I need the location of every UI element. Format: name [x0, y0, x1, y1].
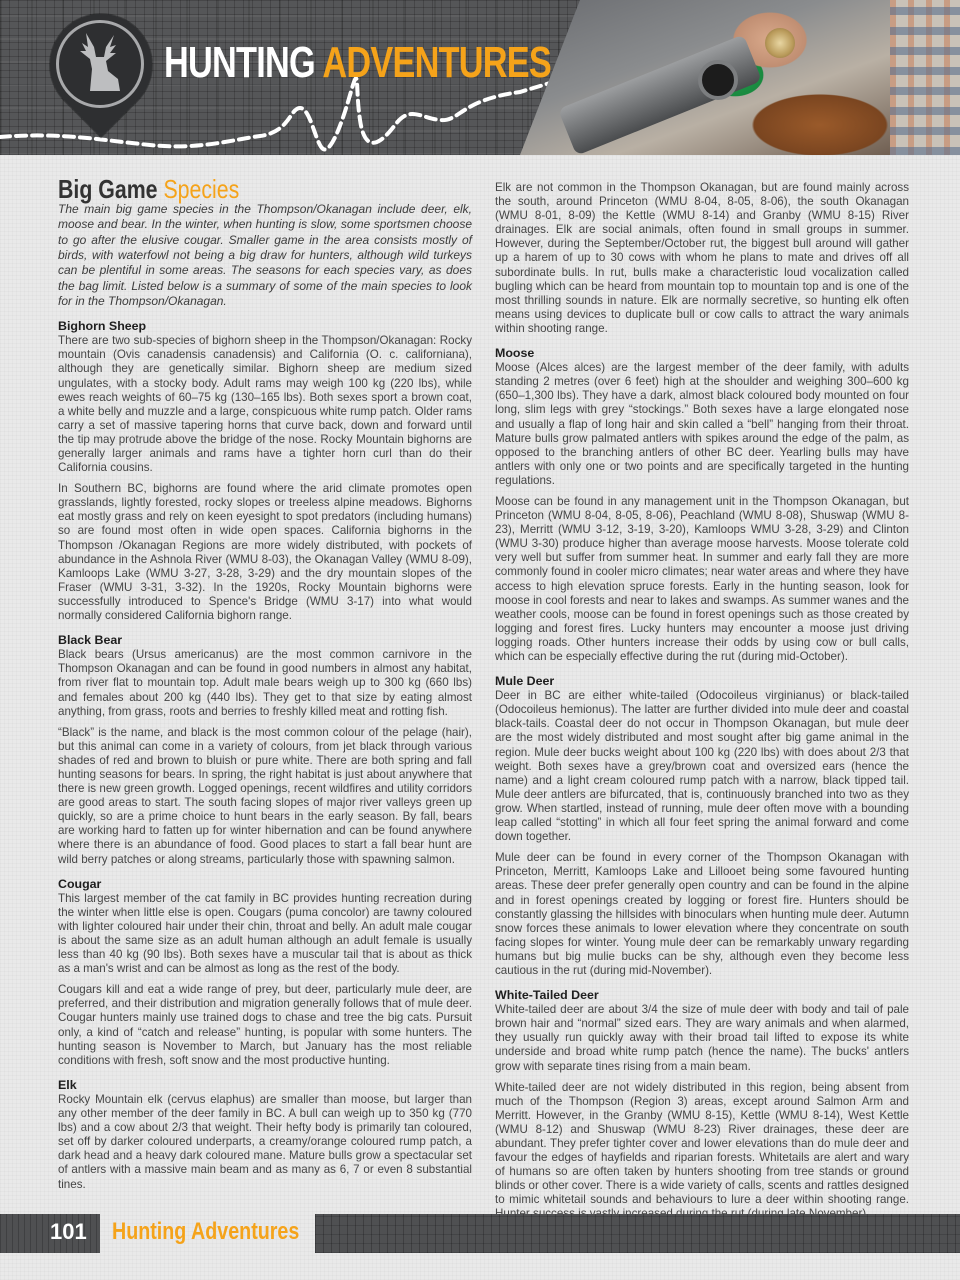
- paragraph: Moose (Alces alces) are the largest memb…: [495, 361, 909, 488]
- heading-bighorn-sheep: Bighorn Sheep: [58, 319, 472, 333]
- heading-mule-deer: Mule Deer: [495, 674, 909, 688]
- title-word-adventures: ADVENTURES: [322, 38, 551, 87]
- page-title: Big Game Species: [58, 182, 397, 196]
- heading-white-tailed-deer: White-Tailed Deer: [495, 988, 909, 1002]
- paragraph: There are two sub-species of bighorn she…: [58, 334, 472, 475]
- paragraph: Mule deer can be found in every corner o…: [495, 851, 909, 978]
- heading-black-bear: Black Bear: [58, 633, 472, 647]
- shotgun-loading-photo: [520, 0, 960, 155]
- paragraph: Moose can be found in any management uni…: [495, 495, 909, 664]
- title-word-hunting: HUNTING: [164, 38, 315, 87]
- paragraph: “Black” is the name, and black is the mo…: [58, 726, 472, 867]
- paragraph: Black bears (Ursus americanus) are the m…: [58, 648, 472, 718]
- paragraph: Deer in BC are either white-tailed (Odoc…: [495, 689, 909, 844]
- paragraph: Elk are not common in the Thompson Okana…: [495, 181, 909, 336]
- page-number: 101: [50, 1219, 87, 1245]
- deer-head-icon: [56, 20, 144, 108]
- right-column: Elk are not common in the Thompson Okana…: [495, 181, 909, 1229]
- heading-cougar: Cougar: [58, 877, 472, 891]
- paragraph: White-tailed deer are not widely distrib…: [495, 1081, 909, 1222]
- paragraph: White-tailed deer are about 3/4 the size…: [495, 1003, 909, 1073]
- paragraph: This largest member of the cat family in…: [58, 892, 472, 977]
- intro-paragraph: The main big game species in the Thompso…: [58, 202, 472, 309]
- header-banner: HUNTING ADVENTURES: [0, 0, 960, 155]
- left-column: Big Game Species The main big game speci…: [58, 178, 472, 1199]
- magazine-section-title: HUNTING ADVENTURES: [164, 38, 551, 88]
- paragraph: Cougars kill and eat a wide range of pre…: [58, 983, 472, 1068]
- footer-title: Hunting Adventures: [112, 1218, 299, 1246]
- footer-bar-right: [315, 1214, 960, 1253]
- heading-elk: Elk: [58, 1078, 472, 1092]
- paragraph: In Southern BC, bighorns are found where…: [58, 482, 472, 623]
- heading-moose: Moose: [495, 346, 909, 360]
- paragraph: Rocky Mountain elk (cervus elaphus) are …: [58, 1093, 472, 1192]
